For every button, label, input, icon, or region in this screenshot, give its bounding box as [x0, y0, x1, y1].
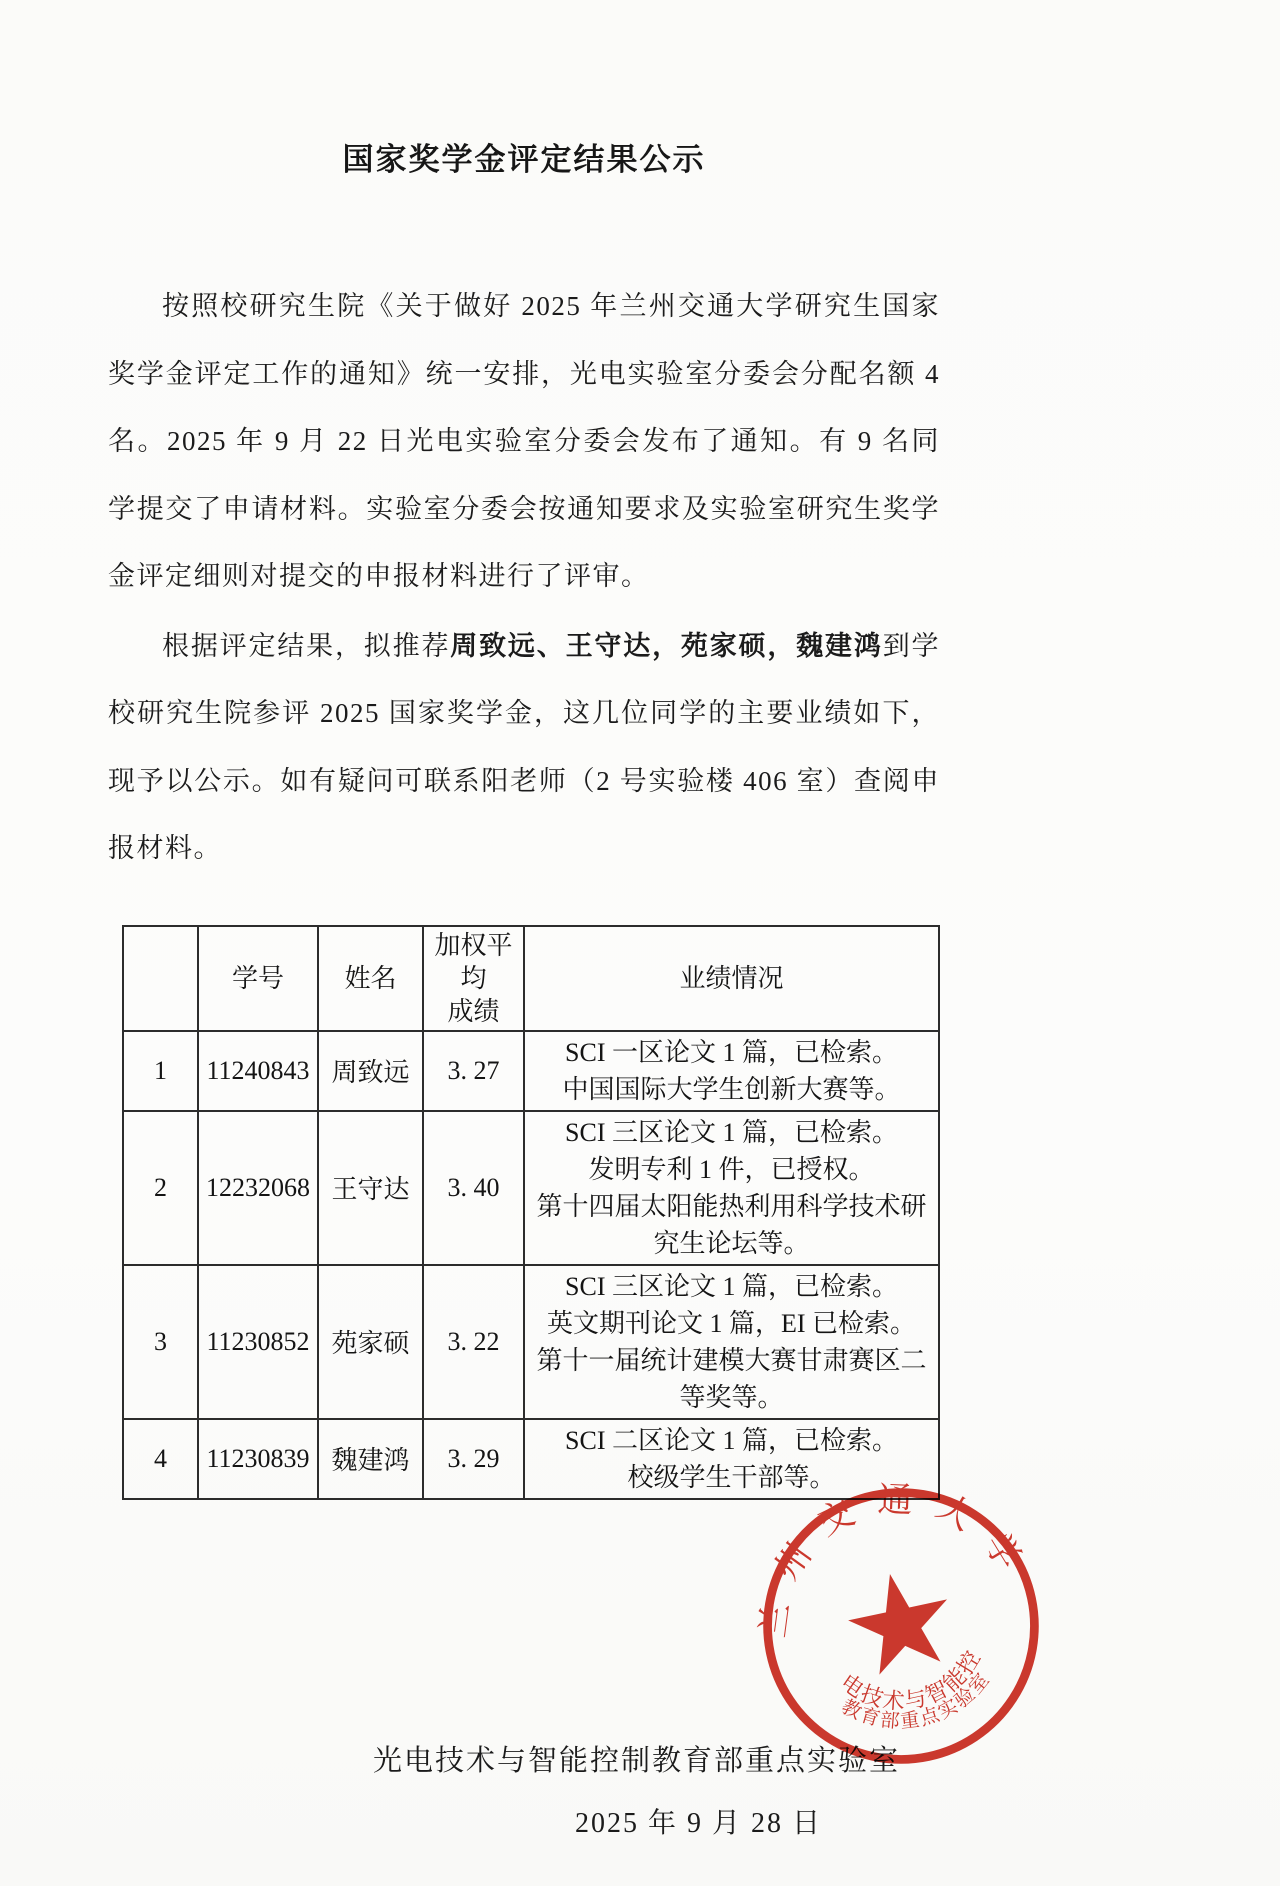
student-name-cell: 王守达 — [318, 1111, 423, 1265]
achievement-line: 中国国际大学生创新大赛等。 — [527, 1071, 936, 1108]
gpa-cell: 3. 27 — [423, 1031, 524, 1111]
table-header-row: 学号 姓名 加权平均 成绩 业绩情况 — [123, 926, 939, 1031]
achievement-line: SCI 三区论文 1 篇，已检索。 — [527, 1114, 936, 1151]
student-id-cell: 11230839 — [198, 1419, 318, 1499]
achievement-line: 校级学生干部等。 — [527, 1459, 936, 1496]
header-achievements: 业绩情况 — [524, 926, 939, 1031]
recommended-names: 周致远、王守达，苑家硕，魏建鸿 — [450, 631, 882, 661]
results-table: 学号 姓名 加权平均 成绩 业绩情况 111240843周致远3. 27SCI … — [122, 925, 940, 1500]
achievement-line: 英文期刊论文 1 篇，EI 已检索。 — [527, 1305, 936, 1342]
signature-date: 2025 年 9 月 28 日 — [108, 1801, 940, 1841]
paragraph-result: 根据评定结果，拟推荐周致远、王守达，苑家硕，魏建鸿到学校研究生院参评 2025 … — [108, 613, 940, 883]
achievement-line: SCI 三区论文 1 篇，已检索。 — [527, 1268, 936, 1305]
gpa-cell: 3. 22 — [423, 1265, 524, 1419]
student-name-cell: 周致远 — [318, 1031, 423, 1111]
results-table-body: 111240843周致远3. 27SCI 一区论文 1 篇，已检索。中国国际大学… — [123, 1031, 939, 1499]
page-title: 国家奖学金评定结果公示 — [108, 134, 940, 179]
achievements-cell: SCI 一区论文 1 篇，已检索。中国国际大学生创新大赛等。 — [524, 1031, 939, 1111]
table-row: 411230839魏建鸿3. 29SCI 二区论文 1 篇，已检索。校级学生干部… — [123, 1419, 939, 1499]
achievement-line: SCI 二区论文 1 篇，已检索。 — [527, 1422, 936, 1459]
header-name: 姓名 — [318, 926, 423, 1031]
scanned-document-page: 国家奖学金评定结果公示 按照校研究生院《关于做好 2025 年兰州交通大学研究生… — [0, 0, 1280, 1886]
row-seq-cell: 2 — [123, 1111, 198, 1265]
header-student-id: 学号 — [198, 926, 318, 1031]
student-id-cell: 11230852 — [198, 1265, 318, 1419]
achievement-line: 发明专利 1 件，已授权。 — [527, 1151, 936, 1188]
header-seq — [123, 926, 198, 1031]
student-id-cell: 11240843 — [198, 1031, 318, 1111]
achievements-cell: SCI 三区论文 1 篇，已检索。发明专利 1 件，已授权。第十四届太阳能热利用… — [524, 1111, 939, 1265]
table-row: 311230852苑家硕3. 22SCI 三区论文 1 篇，已检索。英文期刊论文… — [123, 1265, 939, 1419]
gpa-cell: 3. 40 — [423, 1111, 524, 1265]
paragraph-result-lead: 根据评定结果，拟推荐 — [162, 631, 450, 661]
achievements-cell: SCI 二区论文 1 篇，已检索。校级学生干部等。 — [524, 1419, 939, 1499]
achievement-line: SCI 一区论文 1 篇，已检索。 — [527, 1034, 936, 1071]
signature-organization: 光电技术与智能控制教育部重点实验室 — [108, 1738, 940, 1779]
student-name-cell: 魏建鸿 — [318, 1419, 423, 1499]
student-id-cell: 12232068 — [198, 1111, 318, 1265]
achievement-line: 第十一届统计建模大赛甘肃赛区二等奖等。 — [527, 1342, 936, 1416]
table-row: 111240843周致远3. 27SCI 一区论文 1 篇，已检索。中国国际大学… — [123, 1031, 939, 1111]
student-name-cell: 苑家硕 — [318, 1265, 423, 1419]
row-seq-cell: 3 — [123, 1265, 198, 1419]
header-gpa: 加权平均 成绩 — [423, 926, 524, 1031]
paragraph-result-tail: 到学校研究生院参评 2025 国家奖学金，这几位同学的主要业绩如下，现予以公示。… — [108, 631, 940, 864]
row-seq-cell: 4 — [123, 1419, 198, 1499]
gpa-cell: 3. 29 — [423, 1419, 524, 1499]
row-seq-cell: 1 — [123, 1031, 198, 1111]
table-row: 212232068王守达3. 40SCI 三区论文 1 篇，已检索。发明专利 1… — [123, 1111, 939, 1265]
document-content: 国家奖学金评定结果公示 按照校研究生院《关于做好 2025 年兰州交通大学研究生… — [108, 0, 940, 1841]
achievement-line: 第十四届太阳能热利用科学技术研究生论坛等。 — [527, 1188, 936, 1262]
achievements-cell: SCI 三区论文 1 篇，已检索。英文期刊论文 1 篇，EI 已检索。第十一届统… — [524, 1265, 939, 1419]
paragraph-intro: 按照校研究生院《关于做好 2025 年兰州交通大学研究生国家奖学金评定工作的通知… — [108, 273, 940, 611]
